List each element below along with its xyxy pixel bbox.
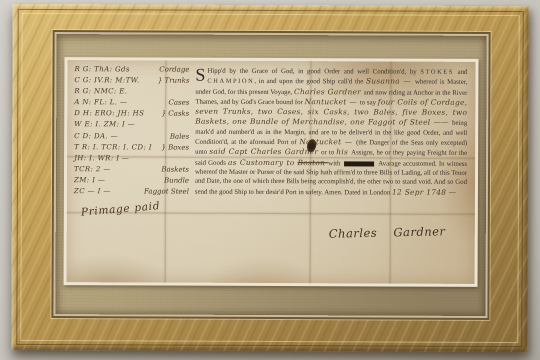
goods-type-label: } Boxes bbox=[161, 142, 194, 153]
printed-text: CHAMPION bbox=[207, 78, 254, 85]
printed-text: , in and upon the good Ship call'd the bbox=[254, 78, 366, 85]
shipping-mark-initials: D H: ERO: JH: HS bbox=[74, 109, 144, 120]
bill-of-lading-text: SHipp'd by the Grace of God, in good Ord… bbox=[195, 67, 468, 198]
handwritten-text: 12 Sepr 1748 — bbox=[392, 187, 457, 196]
goods-type-label: Faggot Steel bbox=[144, 186, 194, 197]
goods-type-label bbox=[189, 153, 194, 164]
printed-text: STOKES bbox=[420, 69, 454, 76]
redaction-mark bbox=[345, 161, 375, 166]
shipping-mark-line: T R: I. TCR: I. CD: I } Boxes bbox=[74, 142, 194, 154]
shipping-mark-line: C G: IV.R: M:TW. } Trunks bbox=[74, 75, 194, 87]
bill-of-lading-document: R G: ThA: Gds Cordage C G: IV.R: M:TW. }… bbox=[67, 60, 476, 284]
shipping-mark-line: R G: ThA: Gds Cordage bbox=[74, 64, 194, 76]
shipping-mark-line: A N: FL: L. — Cases bbox=[74, 97, 194, 109]
shipping-mark-initials: C G: IV.R: M:TW. bbox=[74, 75, 139, 86]
handwritten-text: said Capt Charles Gardner bbox=[209, 147, 321, 156]
printed-text: and bbox=[454, 69, 468, 76]
handwritten-text: Charles Gardner bbox=[294, 87, 364, 96]
handwritten-text: Boston bbox=[298, 158, 329, 167]
mat-bevel-edge: R G: ThA: Gds Cordage C G: IV.R: M:TW. }… bbox=[64, 57, 479, 287]
printed-text: to say bbox=[360, 99, 378, 106]
goods-type-label: Cases bbox=[168, 98, 194, 109]
shipping-mark-initials: C D: DA. — bbox=[74, 131, 118, 142]
goods-type-label: Bundle bbox=[164, 175, 194, 186]
printed-text: Hipp'd by the Grace of God, in good Orde… bbox=[207, 68, 420, 76]
shipping-mark-initials: TCR: 2 — bbox=[74, 164, 111, 175]
shipping-mark-line: TCR: 2 — Baskets bbox=[74, 164, 194, 176]
charles-gardner-signature: Charles Gardner bbox=[329, 224, 446, 241]
handwritten-text: his bbox=[336, 148, 351, 157]
shipping-mark-initials: A N: FL: L. — bbox=[74, 97, 127, 108]
linen-mat: R G: ThA: Gds Cordage C G: IV.R: M:TW. }… bbox=[55, 34, 486, 316]
shipping-marks-column: R G: ThA: Gds Cordage C G: IV.R: M:TW. }… bbox=[74, 64, 195, 198]
printed-text: with bbox=[328, 160, 342, 167]
shipping-mark-line: ZM: I — Bundle bbox=[74, 175, 194, 187]
printed-text: or to bbox=[321, 150, 336, 157]
shipping-mark-initials: W E: I. ZM: I — bbox=[74, 120, 135, 131]
shipping-mark-initials: JH: I. WR: I — bbox=[74, 153, 129, 164]
shipping-mark-initials: R G: NMC: E. bbox=[74, 86, 127, 97]
primage-paid-note: Primage paid bbox=[81, 200, 161, 219]
handwritten-text: Susanna — bbox=[366, 77, 415, 86]
handwritten-text: Nantucket — bbox=[299, 137, 356, 146]
gilt-frame: R G: ThA: Gds Cordage C G: IV.R: M:TW. }… bbox=[11, 4, 529, 352]
handwritten-text: Nantucket — bbox=[305, 97, 360, 106]
goods-type-label bbox=[189, 120, 194, 131]
shipping-mark-line: D H: ERO: JH: HS } Casks bbox=[74, 109, 194, 121]
shipping-mark-initials: T R: I. TCR: I. CD: I bbox=[74, 142, 152, 153]
bill-text-segments: Hipp'd by the Grace of God, in good Orde… bbox=[195, 68, 468, 197]
handwritten-text: as Customary to bbox=[228, 157, 298, 166]
shipping-mark-line: R G: NMC: E. bbox=[74, 86, 194, 98]
goods-type-label bbox=[189, 87, 194, 98]
shipping-mark-initials: ZM: I — bbox=[74, 175, 105, 186]
shipping-mark-initials: ZC — I — bbox=[74, 186, 111, 197]
shipping-mark-line: W E: I. ZM: I — bbox=[74, 120, 194, 132]
goods-type-label: Baskets bbox=[161, 164, 194, 175]
shipping-mark-line: JH: I. WR: I — bbox=[74, 153, 194, 165]
shipping-mark-line: C D: DA. — Bales bbox=[74, 131, 194, 143]
goods-type-label: Bales bbox=[170, 131, 194, 142]
goods-type-label: } Trunks bbox=[158, 76, 195, 87]
goods-type-label: Cordage bbox=[159, 65, 194, 76]
drop-cap-initial: S bbox=[195, 67, 207, 83]
photo-background: R G: ThA: Gds Cordage C G: IV.R: M:TW. }… bbox=[0, 0, 540, 360]
shipping-mark-line: ZC — I — Faggot Steel bbox=[74, 186, 194, 198]
shipping-mark-initials: R G: ThA: Gds bbox=[74, 64, 129, 75]
goods-type-label: } Casks bbox=[162, 109, 195, 120]
